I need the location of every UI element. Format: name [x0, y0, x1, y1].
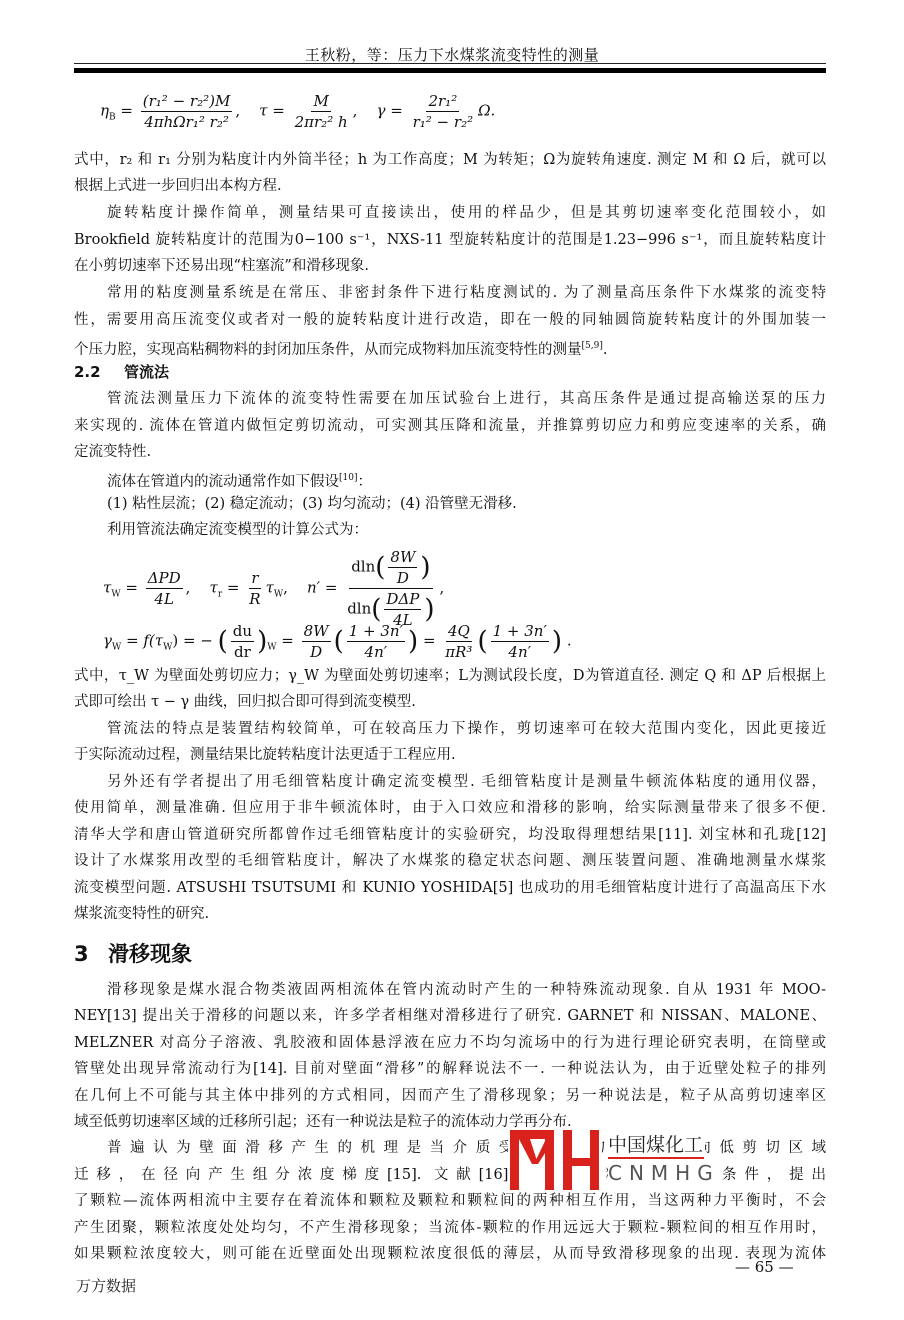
inner-den: D [395, 568, 411, 587]
tau-w-fraction: ΔPD 4L [146, 569, 183, 608]
header-rule-thin [74, 63, 826, 64]
dln: dln [351, 558, 375, 576]
eta-subscript: B [109, 113, 116, 123]
text-line-with-citation: 个压力腔，实现高粘稠物料的封闭加压条件，从而完成物料加压流变特性的测量[5,9]… [74, 336, 826, 360]
text-line: 管壁处出现异常流动行为[14]. 目前对壁面“滑移”的解释说法不一. 一种说法认… [74, 1059, 826, 1079]
text-line: 式中，r₂ 和 r₁ 分别为粘度计内外筒半径；h 为工作高度；M 为转矩；Ω为旋… [74, 150, 826, 170]
formula-pipe-stress: τW = ΔPD 4L , τr = r R τW, n′ = dln(8WD)… [103, 548, 444, 629]
section-number: 2.2 [74, 363, 124, 381]
text-line: 了颗粒—流体两相流中主要存在着流体和颗粒及颗粒和颗粒间的两种相互作用，当这两种力… [74, 1191, 826, 1211]
paper-page: 王秋粉，等：压力下水煤浆流变特性的测量 ηB = (r₁² − r₂²)M 4π… [0, 0, 904, 1320]
q-r-fraction: 4QπR³ [443, 622, 474, 661]
subscript: r [218, 590, 222, 600]
citation-link[interactable]: [5,9] [582, 341, 603, 351]
denominator: dr [232, 642, 253, 661]
section-title: 管流法 [124, 363, 169, 381]
denominator: D [308, 642, 324, 661]
ratio-fraction: 1 + 3n′4n′ [347, 622, 405, 661]
text-line: 如果颗粒浓度较大，则可能在近壁面处出现颗粒浓度很低的薄层，从而导致滑移现象的出现… [74, 1244, 826, 1264]
gamma-denominator: r₁² − r₂² [411, 112, 476, 131]
text-line: 式即可绘出 τ − γ 曲线，回归拟合即可得到流变模型. [74, 692, 826, 712]
denominator: R [247, 589, 262, 608]
gamma-tail: Ω. [478, 102, 495, 120]
text-line: 煤浆流变特性的研究. [74, 904, 826, 924]
tau-r-symbol: τ [210, 579, 218, 597]
text-line: 根据上式进一步回归出本构方程. [74, 176, 826, 196]
watermark-cn-text: 中国煤化工 [608, 1130, 705, 1157]
section-number: 3 [74, 942, 108, 966]
text-line: 于实际流动过程，测量结果比旋转粘度计法更适于工程应用. [74, 745, 826, 765]
text-line: 使用简单，测量准确. 但应用于非牛顿流体时，由于入口效应和滑移的影响，给实际测量… [74, 798, 826, 818]
numerator: 1 + 3n′ [491, 622, 549, 642]
text-line: 式中，τ_W 为壁面处剪切应力；γ_W 为壁面处剪切速率；L为测试段长度，D为管… [74, 666, 826, 686]
denominator: πR³ [443, 642, 474, 661]
watermark-en-text: CNMHG [608, 1161, 720, 1185]
function-close: ) = − [172, 632, 213, 650]
section-title: 滑移现象 [108, 942, 192, 966]
text-line: 产生团聚，颗粒浓度处处均匀，不产生滑移现象；当流体-颗粒的作用远远大于颗粒-颗粒… [74, 1218, 826, 1238]
text-line: (1) 粘性层流；(2) 稳定流动；(3) 均匀流动；(4) 沿管壁无滑移. [107, 494, 826, 514]
text-line: 另外还有学者提出了用毛细管粘度计确定流变模型. 毛细管粘度计是测量牛顿流体粘度的… [107, 772, 826, 792]
inner-num: DΔP [384, 590, 421, 610]
w-d-fraction: 8WD [302, 622, 331, 661]
numerator: 4Q [446, 622, 472, 642]
gamma-symbol: γ [377, 102, 386, 120]
tau-numerator: M [311, 92, 330, 112]
watermark-divider [608, 1157, 704, 1159]
tau-denominator: 2πr₂² h [293, 112, 350, 131]
denominator: 4L [152, 589, 176, 608]
formula-pipe-shear-rate: γW = f(τW) = − (dudr)W = 8WD(1 + 3n′4n′)… [103, 622, 572, 661]
eta-denominator: 4πhΩr₁² r₂² [142, 112, 231, 131]
text-line: 滑移现象是煤水混合物类液固两相流体在管内流动时产生的一种特殊流动现象. 自从 1… [107, 980, 826, 1000]
tau-fraction: M 2πr₂² h [293, 92, 350, 131]
source-label: 万方数据 [76, 1275, 136, 1296]
inner-num: 8W [388, 548, 417, 568]
text-content: 个压力腔，实现高粘稠物料的封闭加压条件，从而完成物料加压流变特性的测量 [74, 342, 582, 358]
numerator: ΔPD [146, 569, 183, 589]
running-header: 王秋粉，等：压力下水煤浆流变特性的测量 [0, 44, 904, 65]
text-line: 性，需要用高压流变仪或者对一般的旋转粘度计进行改造，即在一般的同轴圆筒旋转粘度计… [74, 310, 826, 330]
text-line: 利用管流法确定流变模型的计算公式为： [107, 520, 826, 540]
text-content: 流体在管道内的流动通常作如下假设 [107, 474, 339, 490]
text-line: 清华大学和唐山管道研究所都曾作过毛细管粘度计的实验研究，均没取得理想结果[11]… [74, 825, 826, 845]
dln: dln [347, 600, 371, 618]
text-line: NEY[13] 提出关于滑移的问题以来，许多学者相继对滑移进行了研究. GARN… [74, 1006, 826, 1026]
numerator: du [231, 622, 254, 642]
text-line: 管流法的特点是装置结构较简单，可在较高压力下操作，剪切速率可在较大范围内变化，因… [107, 719, 826, 739]
subscript: W [111, 590, 120, 600]
header-rule-thick [74, 68, 826, 73]
tau-tail: τ [266, 579, 274, 597]
section-heading-2-2: 2.2管流法 [74, 361, 169, 382]
gamma-numerator: 2r₁² [426, 92, 459, 112]
watermark-cnmhg: 中国煤化工 CNMHG [508, 1128, 728, 1192]
gamma-w-symbol: γ [103, 632, 112, 650]
subscript: W [274, 590, 283, 600]
denominator: 4n′ [363, 642, 390, 661]
text-line: 管流法测量压力下流体的流变特性需要在加压试验台上进行，其高压条件是通过提高输送泵… [107, 389, 826, 409]
formula-rotational-viscometer: ηB = (r₁² − r₂²)M 4πhΩr₁² r₂² , τ = M 2π… [100, 92, 495, 131]
subscript: W [267, 643, 276, 653]
section-heading-3: 3滑移现象 [74, 938, 192, 968]
text-line: 旋转粘度计操作简单，测量结果可直接读出，使用的样品少，但是其剪切速率变化范围较小… [107, 203, 826, 223]
text-line: 在小剪切速率下还易出现“柱塞流”和滑移现象. [74, 256, 826, 276]
text-line: 在几何上不可能与其主体中排列的方式相同，因而产生了滑移现象；另一种说法是，粒子从… [74, 1086, 826, 1106]
subscript: W [112, 643, 121, 653]
text-punct: . [603, 342, 608, 358]
eta-symbol: η [100, 102, 109, 120]
text-line: 设计了水煤浆用改型的毛细管粘度计，解决了水煤浆的稳定状态问题、测压装置问题、准确… [74, 851, 826, 871]
gamma-fraction: 2r₁² r₁² − r₂² [411, 92, 476, 131]
n-prime-symbol: n′ [307, 579, 320, 597]
numerator: r [249, 569, 260, 589]
eta-numerator: (r₁² − r₂²)M [141, 92, 233, 112]
text-line: 流变模型问题. ATSUSHI TSUTSUMI 和 KUNIO YOSHIDA… [74, 878, 826, 898]
text-line: MELZNER 对高分子溶液、乳胶液和固体悬浮液在应力不均匀流场中的行为进行理论… [74, 1033, 826, 1053]
numerator: dln(8WD) [349, 548, 432, 589]
text-line-with-citation: 流体在管道内的流动通常作如下假设[10]： [107, 468, 826, 492]
function-expression: = f(τ [126, 632, 163, 650]
page-number: — 65 — [735, 1258, 794, 1276]
n-prime-fraction: dln(8WD) dln(DΔP4L) [345, 548, 436, 629]
ratio-fraction: 1 + 3n′4n′ [491, 622, 549, 661]
text-punct: ： [357, 474, 372, 490]
text-line: 来实现的. 流体在管道内做恒定剪切流动，可实测其压降和流量，并推算剪切应力和剪应… [74, 416, 826, 436]
citation-link[interactable]: [10] [339, 473, 357, 483]
subscript: W [163, 643, 172, 653]
eta-fraction: (r₁² − r₂²)M 4πhΩr₁² r₂² [141, 92, 233, 131]
numerator: 8W [302, 622, 331, 642]
mh-logo-icon [508, 1128, 602, 1192]
tau-r-fraction: r R [247, 569, 262, 608]
du-dr-fraction: dudr [231, 622, 254, 661]
text-line: 常用的粘度测量系统是在常压、非密封条件下进行粘度测试的. 为了测量高压条件下水煤… [107, 283, 826, 303]
text-line: Brookfield 旋转粘度计的范围为0−100 s⁻¹，NXS-11 型旋转… [74, 230, 826, 250]
denominator: 4n′ [506, 642, 533, 661]
text-line: 定流变特性. [74, 442, 826, 462]
numerator: 1 + 3n′ [347, 622, 405, 642]
tau-symbol: τ [259, 102, 267, 120]
period: . [567, 632, 572, 650]
